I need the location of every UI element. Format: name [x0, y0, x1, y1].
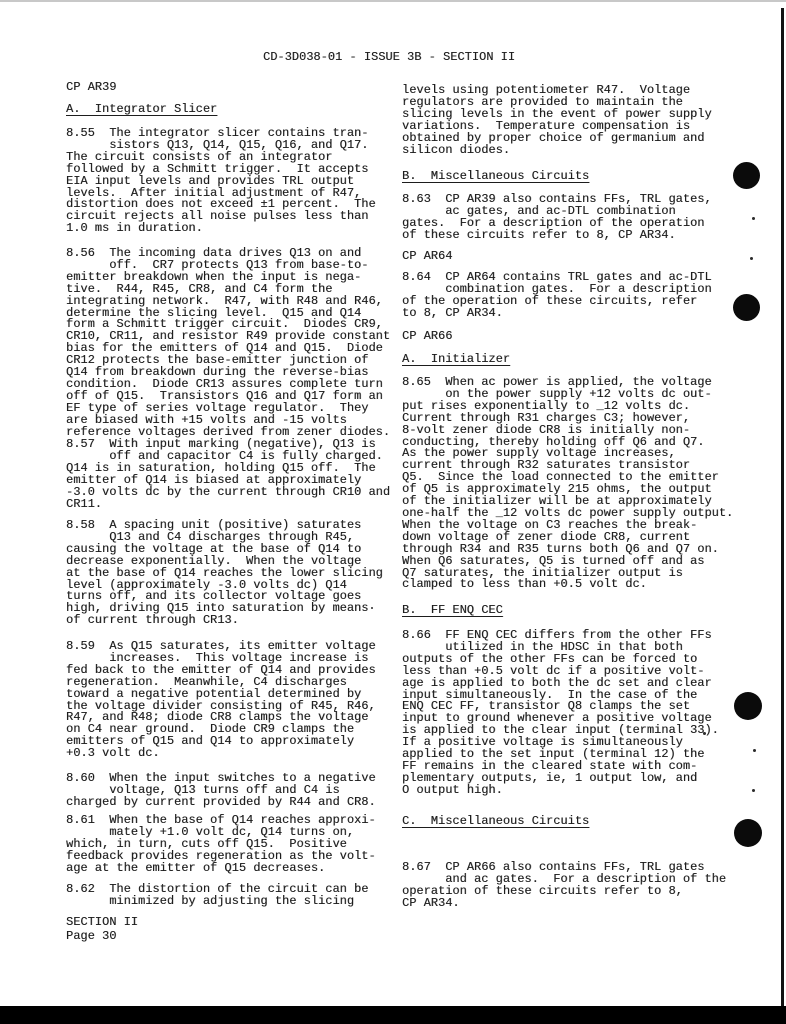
label-cp-ar39: CP AR39 [66, 82, 116, 94]
paragraph-8-65: 8.65 When ac power is applied, the volta… [402, 377, 733, 591]
paragraph-8-62-continuation: levels using potentiometer R47. Voltage … [402, 85, 712, 156]
paragraph-8-61: 8.61 When the base of Q14 reaches approx… [66, 815, 376, 875]
label-cp-ar64: CP AR64 [402, 251, 452, 263]
ink-speck [753, 749, 756, 752]
heading-initializer: A. Initializer [402, 354, 510, 366]
paragraph-8-56: 8.56 The incoming data drives Q13 on and… [66, 248, 390, 439]
paragraph-8-57: 8.57 With input marking (negative), Q13 … [66, 439, 390, 510]
paragraph-8-62: 8.62 The distortion of the circuit can b… [66, 884, 368, 908]
hole-punch-dot [733, 162, 760, 189]
ink-speck [703, 732, 706, 735]
paragraph-8-64: 8.64 CP AR64 contains TRL gates and ac-D… [402, 272, 712, 320]
hole-punch-dot [733, 294, 760, 321]
ink-speck [371, 607, 373, 609]
paragraph-8-67: 8.67 CP AR66 also contains FFs, TRL gate… [402, 862, 726, 910]
scan-bottom-black-band [0, 1006, 786, 1024]
paragraph-8-63: 8.63 CP AR39 also contains FFs, TRL gate… [402, 194, 712, 242]
paragraph-8-58: 8.58 A spacing unit (positive) saturates… [66, 520, 383, 627]
scan-top-edge-line [0, 0, 786, 2]
paragraph-8-60: 8.60 When the input switches to a negati… [66, 773, 376, 809]
scan-right-edge-line [781, 8, 784, 1010]
hole-punch-dot [734, 819, 762, 847]
heading-integrator-slicer: A. Integrator Slicer [66, 104, 217, 116]
paragraph-8-59: 8.59 As Q15 saturates, its emitter volta… [66, 641, 376, 760]
ink-speck [752, 217, 755, 220]
scanned-manual-page: { "colors": { "paper": "#ffffff", "ink":… [0, 0, 786, 1024]
page-header-title: CD-3D038-01 - ISSUE 3B - SECTION II [263, 52, 515, 64]
heading-miscellaneous-circuits-b: B. Miscellaneous Circuits [402, 171, 589, 183]
ink-speck [752, 789, 755, 792]
ink-speck [750, 257, 753, 260]
heading-ff-enq-cec: B. FF ENQ CEC [402, 605, 503, 617]
label-cp-ar66: CP AR66 [402, 331, 452, 343]
page-footer-section-page: SECTION II Page 30 [66, 915, 138, 943]
paragraph-8-55: 8.55 The integrator slicer contains tran… [66, 128, 376, 235]
heading-miscellaneous-circuits-c: C. Miscellaneous Circuits [402, 816, 589, 828]
hole-punch-dot [734, 692, 762, 720]
paragraph-8-66: 8.66 FF ENQ CEC differs from the other F… [402, 630, 719, 797]
